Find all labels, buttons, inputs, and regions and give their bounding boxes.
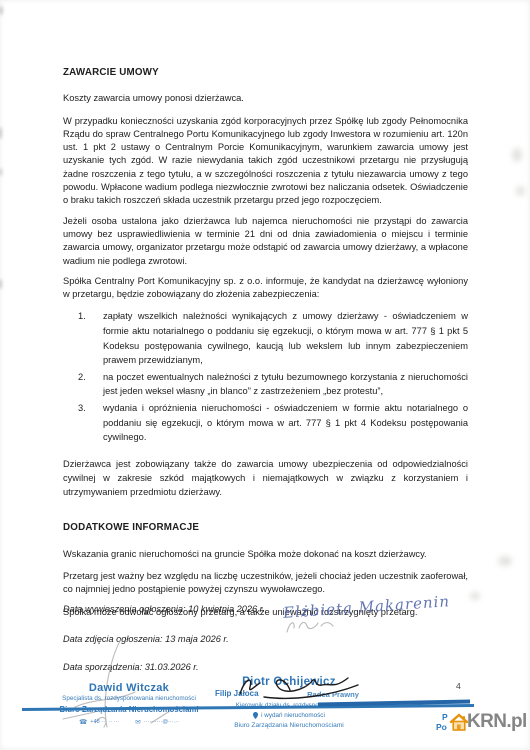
envelope-icon: ✉ [135,718,140,726]
house-icon [449,713,469,732]
list-item: 3. wydania i opróżnienia nieruchomości -… [78,401,468,445]
paragraph-ubezpieczenie: Dzierżawca jest zobowiązany także do zaw… [63,457,468,500]
paragraph-przetarg-wazny: Przetarg jest ważny bez względu na liczb… [63,570,468,597]
list-item: 1. zapłaty wszelkich należności wynikają… [78,309,468,367]
paragraph-zgody: W przypadku konieczności uzyskania zgód … [63,115,468,208]
scan-blob [512,148,522,162]
pen-scribble-icon [283,614,345,638]
watermark-fragment-bottom: Po [436,722,447,732]
list-item-text: na poczet ewentualnych należności z tytu… [103,370,468,399]
scan-smudge [0,279,2,289]
contact-phone: ☎ +48 ··· ·· ··· [79,718,119,726]
document-page: ZAWARCIE UMOWY Koszty zawarcia umowy pon… [0,0,530,750]
stamp-name: Dawid Witczak [38,682,220,694]
phone-icon: ☎ [79,718,87,726]
paragraph-spolka-intro: Spółka Centralny Port Komunikacyjny sp. … [63,275,468,302]
krn-logo-text: KRN.pl [467,711,527,733]
paragraph-granice: Wskazania granic nieruchomości na grunci… [63,548,468,561]
list-item-number: 3. [78,401,91,445]
paragraph-koszty: Koszty zawarcia umowy ponosi dzierżawca. [63,92,468,105]
date-wywieszenia: Data wywieszenia ogłoszenia: 10 kwietnia… [63,604,265,614]
list-item-number: 1. [78,309,91,367]
scan-smudge [0,6,3,15]
scan-blob [498,556,512,566]
paragraph-jezeli-osoba: Jeżeli osoba ustalona jako dzierżawca lu… [63,215,468,268]
list-item-number: 2. [78,370,91,399]
email-text: ··········@···.·· [144,719,179,725]
handwritten-signature-black [232,670,367,702]
krn-watermark: P Po KRN.pl [436,710,530,744]
scan-smudge [0,168,2,176]
section-heading-zawarcie-umowy: ZAWARCIE UMOWY [63,60,468,79]
scan-blob [516,186,525,196]
stamp-office: Biuro Zarządzania Nieruchomościami [205,722,373,729]
list-item-text: zapłaty wszelkich należności wynikającyc… [103,309,468,367]
pin-icon [253,712,258,719]
phone-text: +48 ··· ·· ··· [90,719,119,725]
watermark-fragment-top: P [442,712,448,722]
document-body: ZAWARCIE UMOWY Koszty zawarcia umowy pon… [63,60,468,619]
scan-blob [470,592,480,600]
section-heading-dodatkowe-informacje: DODATKOWE INFORMACJE [63,521,468,534]
scan-smudge [0,127,2,139]
stamp-contact-row: ☎ +48 ··· ·· ··· ✉ ··········@···.·· [38,718,220,726]
contact-email: ✉ ··········@···.·· [135,718,179,726]
page-number: 4 [456,681,461,691]
list-item-text: wydania i opróżnienia nieruchomości - oś… [103,401,468,445]
list-item: 2. na poczet ewentualnych należności z t… [78,370,468,399]
stamp-title-line2-row: i wydań nieruchomości [205,712,373,719]
ordered-list-zabezpieczenia: 1. zapłaty wszelkich należności wynikają… [63,309,468,444]
stamp-title-line2: i wydań nieruchomości [261,712,325,719]
stamp-dawid-witczak: Dawid Witczak Specjalista ds. rozdyspono… [38,682,220,726]
stamp-title: Specjalista ds. rozdysponowania nierucho… [38,695,220,702]
